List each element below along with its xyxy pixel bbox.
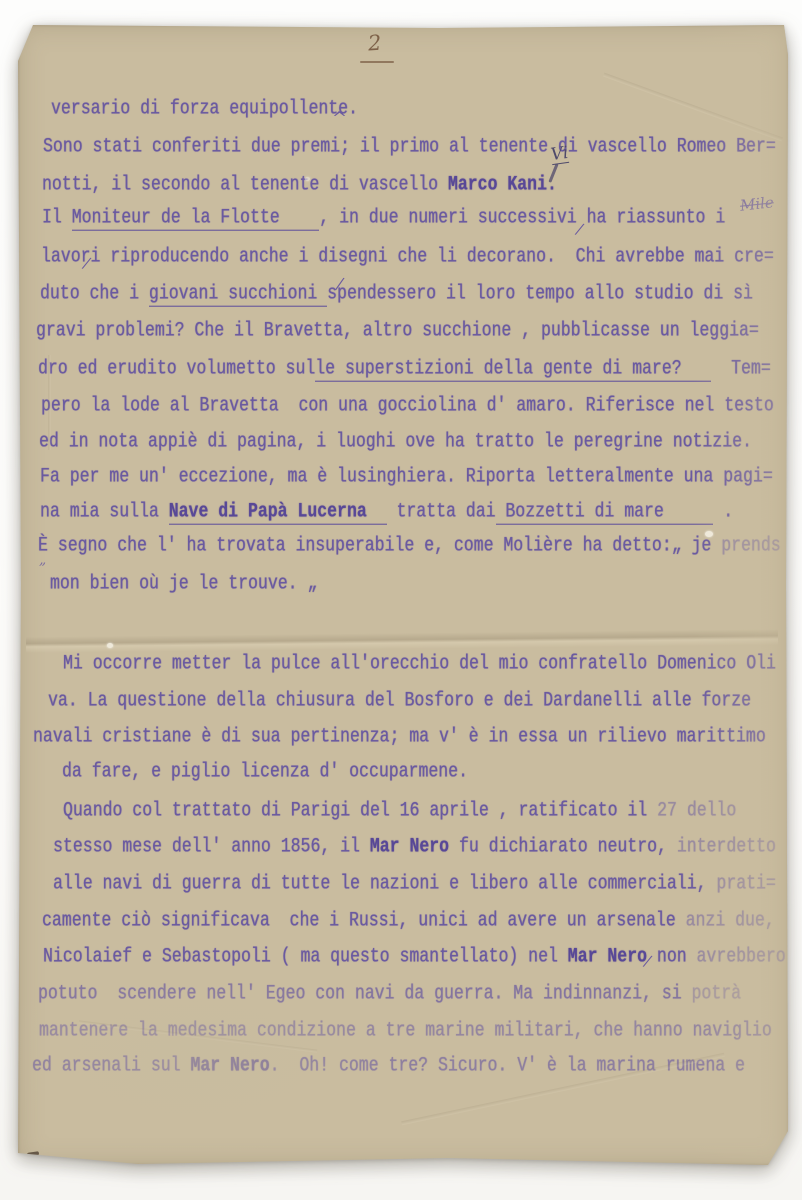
pencil-dash-mark bbox=[27, 1151, 39, 1157]
typed-text: alle navi di guerra di tutte le nazioni … bbox=[53, 871, 716, 894]
typed-text: Il bbox=[42, 205, 72, 228]
paper-chip-speck-2 bbox=[107, 643, 113, 648]
typed-line: Mi occorre metter la pulce all'orecchio … bbox=[63, 650, 776, 676]
typed-line: Il Moniteur de la Flotte , in due numeri… bbox=[42, 204, 725, 230]
typed-text: . bbox=[713, 499, 733, 522]
paper-chip-speck-1 bbox=[705, 531, 713, 537]
typed-text: dro ed erudito volumetto sul bbox=[38, 356, 315, 379]
typed-line: na mia sulla Nave di Papà Lucerna tratta… bbox=[40, 498, 733, 524]
typed-text: na mia sulla bbox=[40, 499, 169, 522]
typed-text: , in due numeri successivi ha riassunto … bbox=[319, 205, 725, 228]
typed-line: ed arsenali sul Mar Nero. Oh! come tre? … bbox=[32, 1052, 745, 1078]
typed-text: Nave di Papà Lucerna bbox=[169, 499, 387, 525]
paper-sheet-wrapper: 2 versario di forza equipollente.Sono st… bbox=[18, 25, 788, 1165]
typed-line: navali cristiane è di sua pertinenza; ma… bbox=[33, 723, 766, 749]
typed-text: ed in nota appiè di pagina, i luoghi ove… bbox=[39, 429, 752, 452]
typed-text: Nicolaief e Sebastopoli ( ma questo sman… bbox=[43, 944, 568, 967]
typed-text: anzi due, bbox=[686, 908, 775, 931]
typed-text: È segno che l' ha trovata insuperabile e… bbox=[38, 533, 721, 556]
typed-line: duto che i giovani succhioni spendessero… bbox=[40, 280, 753, 306]
typed-line: va. La questione della chiusura del Bosf… bbox=[48, 687, 751, 713]
typed-line: Fa per me un' eccezione, ma è lusinghier… bbox=[40, 463, 773, 489]
typed-line: pero la lode al Bravetta con una gocciol… bbox=[41, 392, 774, 418]
typed-text: giovani succhioni bbox=[149, 281, 327, 307]
typed-line: lavori riproducendo anche i disegni che … bbox=[41, 243, 774, 269]
typed-text: Moniteur de la Flotte bbox=[72, 205, 320, 231]
typed-line: stesso mese dell' anno 1856, il Mar Nero… bbox=[53, 833, 776, 859]
typed-line: mantenere la medesima condizione a tre m… bbox=[39, 1017, 772, 1043]
typed-text: prati= bbox=[716, 871, 775, 894]
paper-chip-speck-3 bbox=[305, 177, 310, 181]
scan-background: { "page": { "number": "2" }, "ink": { "t… bbox=[0, 0, 802, 1200]
typed-text: Quando col trattato di Parigi del 16 apr… bbox=[63, 798, 657, 821]
typed-text: gravi problemi? Che il Bravetta, altro s… bbox=[36, 318, 759, 341]
typed-text: Mar Nero bbox=[370, 834, 449, 857]
typed-text: mon bien où je le trouve. „ bbox=[50, 571, 317, 594]
typed-text: avrebbero bbox=[697, 944, 786, 967]
typed-line: alle navi di guerra di tutte le nazioni … bbox=[53, 870, 776, 896]
typed-text: duto che i bbox=[40, 281, 149, 304]
typed-text: potrà bbox=[692, 981, 742, 1004]
typed-text: interdetto bbox=[677, 834, 776, 857]
typed-text: Bozzetti di mare bbox=[496, 499, 714, 525]
typed-text: pero la lode al Bravetta con una gocciol… bbox=[41, 393, 774, 416]
typed-text: notti, il secondo al tenente di vascello bbox=[42, 172, 448, 195]
stray-quote-mark: „ bbox=[39, 553, 46, 567]
typed-text: va. La questione della chiusura del Bosf… bbox=[48, 688, 751, 711]
typed-text: . Oh! come tre? Sicuro. V' è la marina r… bbox=[270, 1053, 745, 1076]
typed-text: Sono stati conferiti due premi; il primo… bbox=[43, 134, 776, 157]
typed-text: le superstizioni della gente di mare? bbox=[315, 356, 711, 382]
corner-crease bbox=[603, 73, 783, 142]
typed-line: Nicolaief e Sebastopoli ( ma questo sman… bbox=[43, 943, 786, 969]
typed-line: versario di forza equipollente. bbox=[51, 95, 358, 121]
typed-text: Marco Kani. bbox=[448, 172, 557, 195]
typed-line: ed in nota appiè di pagina, i luoghi ove… bbox=[39, 428, 752, 454]
handwritten-vi-correction: Vi bbox=[550, 145, 570, 165]
typed-text: spendessero il loro tempo allo studio di… bbox=[327, 281, 753, 304]
typed-line: da fare, e piglio licenza d' occuparmene… bbox=[62, 758, 468, 784]
crossed-out-scribble: Mile bbox=[739, 195, 774, 213]
typed-text: lavori riproducendo anche i disegni che … bbox=[41, 244, 774, 267]
typed-line: potuto scendere nell' Egeo con navi da g… bbox=[38, 980, 741, 1006]
typed-line: Quando col trattato di Parigi del 16 apr… bbox=[63, 797, 736, 823]
typed-text: 27 dello bbox=[657, 798, 736, 821]
typed-text: mantenere la medesima condizione a tre m… bbox=[39, 1018, 772, 1041]
typed-text: Mi occorre metter la pulce all'orecchio … bbox=[63, 651, 776, 674]
typed-line: notti, il secondo al tenente di vascello… bbox=[42, 171, 557, 197]
page-number: 2 bbox=[367, 33, 382, 55]
typed-line: dro ed erudito volumetto sulle superstiz… bbox=[38, 355, 771, 381]
typed-text: versario di forza equipollente. bbox=[51, 96, 358, 119]
page-number-underline bbox=[360, 61, 394, 63]
typed-text: fu dichiarato neutro, bbox=[449, 834, 677, 857]
insert-caret-mark: ^ bbox=[332, 110, 347, 128]
typed-line: È segno che l' ha trovata insuperabile e… bbox=[38, 532, 781, 558]
typed-text: potuto scendere nell' Egeo con navi da g… bbox=[38, 981, 692, 1004]
paper-sheet: 2 versario di forza equipollente.Sono st… bbox=[18, 25, 788, 1165]
typed-line: camente ciò significava che i Russi, uni… bbox=[42, 907, 775, 933]
typed-text: camente ciò significava che i Russi, uni… bbox=[42, 908, 686, 931]
typed-line: mon bien où je le trouve. „ bbox=[50, 570, 317, 596]
typed-text: Mar Nero bbox=[568, 944, 647, 967]
typed-text: Tem= bbox=[711, 356, 770, 379]
typed-text: tratta dai bbox=[387, 499, 496, 522]
typed-line: gravi problemi? Che il Bravetta, altro s… bbox=[36, 317, 759, 343]
typed-line: Sono stati conferiti due premi; il primo… bbox=[43, 133, 776, 159]
typed-text: Fa per me un' eccezione, ma è lusinghier… bbox=[40, 464, 773, 487]
typed-text: stesso mese dell' anno 1856, il bbox=[53, 834, 370, 857]
typed-text: prends bbox=[721, 533, 780, 556]
typed-text: ed arsenali sul bbox=[32, 1053, 190, 1076]
typed-text: Mar Nero bbox=[190, 1053, 269, 1076]
typed-text: navali cristiane è di sua pertinenza; ma… bbox=[33, 724, 766, 747]
typed-text: non bbox=[647, 944, 697, 967]
typed-text: da fare, e piglio licenza d' occuparmene… bbox=[62, 759, 468, 782]
